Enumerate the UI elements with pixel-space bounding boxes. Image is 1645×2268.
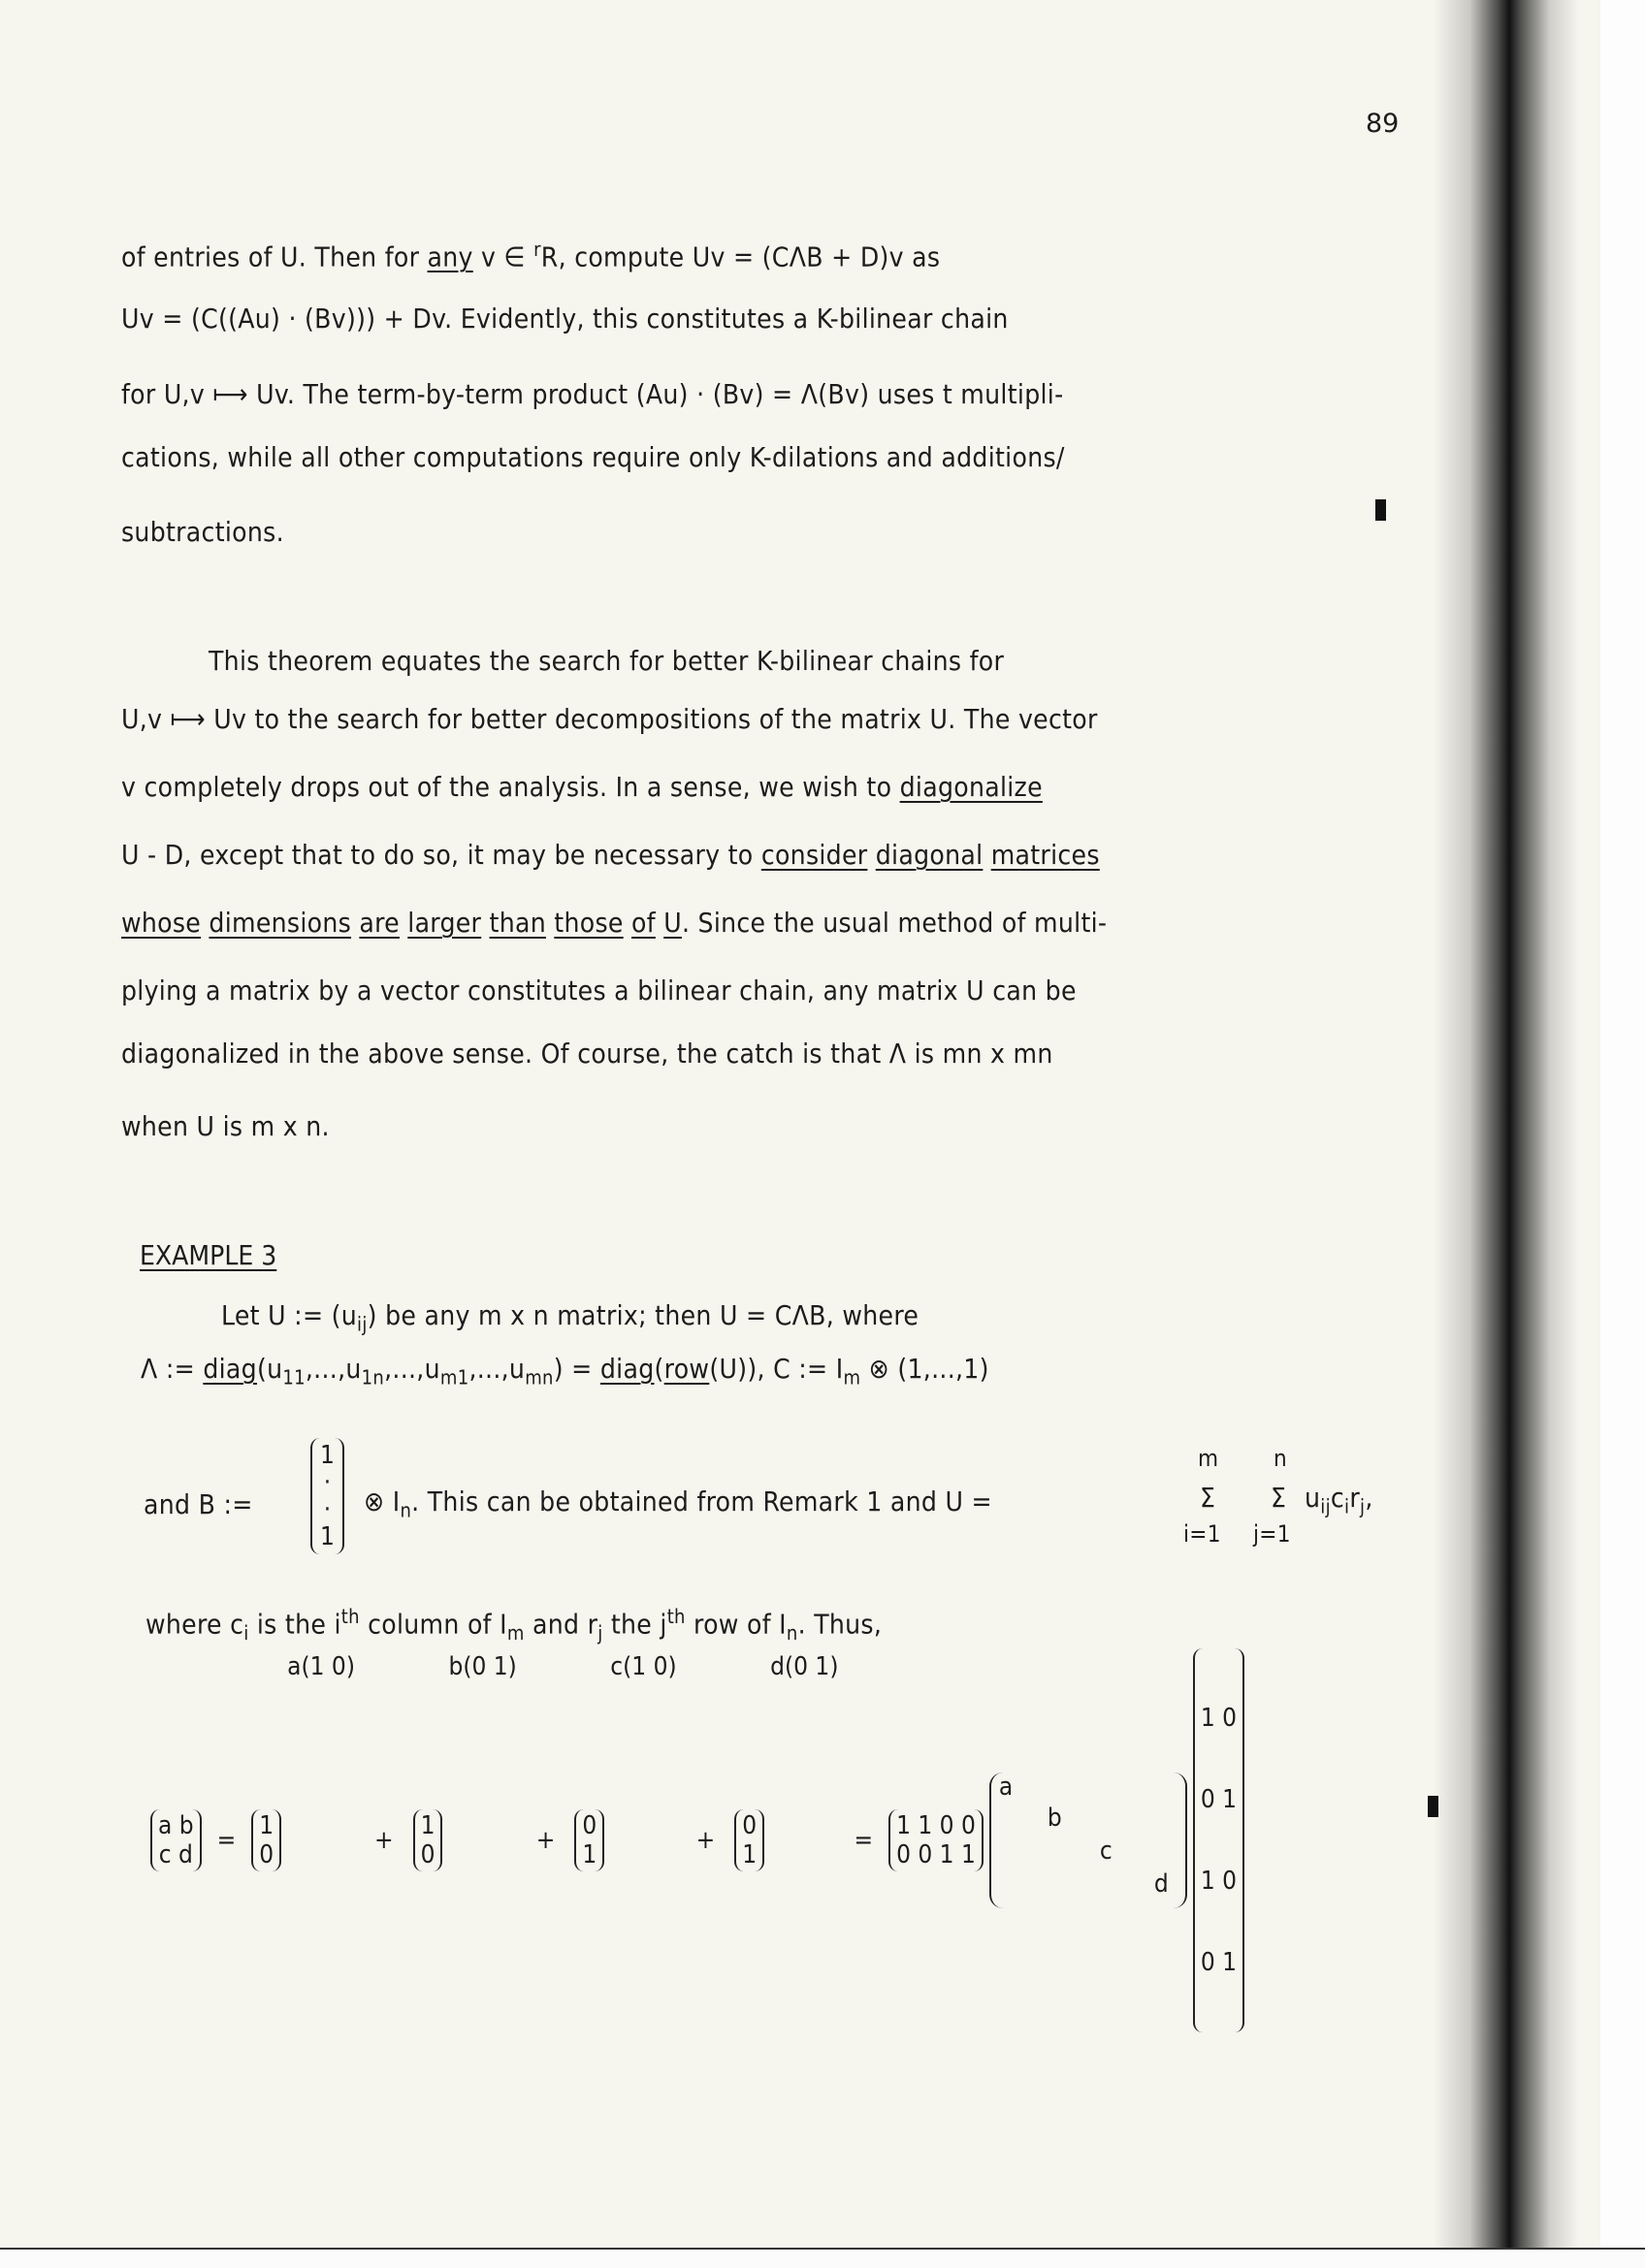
plus-sign: + bbox=[536, 1826, 556, 1855]
row-vector: 0 1 bbox=[471, 1652, 507, 1681]
row-vector: 1 0 bbox=[310, 1652, 346, 1681]
text: . This can be obtained from Remark 1 and… bbox=[411, 1485, 992, 1517]
text: r bbox=[1349, 1482, 1360, 1514]
subscript: m bbox=[844, 1366, 861, 1390]
column-vector: 01 bbox=[734, 1809, 764, 1871]
text: v ∈ bbox=[473, 240, 533, 272]
matrix-row: 1 0 bbox=[1201, 1705, 1237, 1732]
subscript: n bbox=[400, 1499, 411, 1522]
b-definition-text: ⊗ In. This can be obtained from Remark 1… bbox=[364, 1485, 992, 1522]
underlined-word: diagonalize bbox=[900, 771, 1043, 803]
term-3: c(1 0) bbox=[610, 1652, 676, 1681]
text: (u bbox=[257, 1353, 282, 1385]
paragraph-2-line-1: This theorem equates the search for bett… bbox=[209, 645, 1004, 677]
sum-i-lower: i=1 bbox=[1183, 1520, 1221, 1548]
matrix-entry: 1 bbox=[742, 1840, 757, 1869]
column-vector: 10 bbox=[251, 1809, 281, 1871]
term-4: d(0 1) bbox=[770, 1652, 838, 1681]
underlined-word: U bbox=[663, 907, 682, 939]
underlined-word: diagonal bbox=[876, 839, 984, 871]
underlined-word: dimensions bbox=[209, 907, 351, 939]
text: c bbox=[1331, 1482, 1344, 1514]
c-matrix: 1 1 0 00 0 1 1 bbox=[888, 1809, 984, 1871]
scan-margin bbox=[1600, 0, 1645, 2268]
sum-j-upper: n bbox=[1274, 1445, 1287, 1472]
where-line: where ci is the ith column of Im and rj … bbox=[145, 1605, 882, 1645]
text: is the i bbox=[249, 1608, 341, 1640]
text: , bbox=[1365, 1482, 1372, 1514]
sum-i-upper: m bbox=[1198, 1445, 1218, 1472]
b-column-vector: 1 · · 1 bbox=[310, 1438, 344, 1554]
text: and r bbox=[525, 1608, 598, 1640]
matrix-entry: · bbox=[320, 1469, 335, 1496]
matrix-entry: c bbox=[159, 1840, 172, 1869]
text: (U) bbox=[709, 1353, 747, 1385]
paragraph-2-line-6: plying a matrix by a vector constitutes … bbox=[121, 974, 1077, 1006]
matrix-entry: 1 bbox=[421, 1811, 435, 1840]
underlined-word: of bbox=[631, 907, 656, 939]
lambda-diagonal-matrix: a b c d bbox=[989, 1773, 1187, 1908]
matrix: 1 · · 1 bbox=[310, 1438, 344, 1554]
text: of entries of U. Then for bbox=[121, 240, 428, 272]
underlined-word: consider bbox=[761, 839, 868, 871]
column-vector: 10 bbox=[413, 1809, 443, 1871]
text: Λ := bbox=[141, 1353, 203, 1385]
matrix-entry: 0 bbox=[259, 1840, 274, 1869]
underlined-word: larger bbox=[407, 907, 481, 939]
plus-sign: + bbox=[374, 1826, 394, 1855]
matrix-entry: 1 bbox=[582, 1840, 597, 1869]
matrix-entry: d bbox=[1154, 1869, 1169, 1899]
underlined-word: than bbox=[490, 907, 546, 939]
paragraph-2-line-5: whose dimensions are larger than those o… bbox=[121, 907, 1107, 939]
term-2: b(0 1) bbox=[448, 1652, 516, 1681]
paragraph-2-line-8: when U is m x n. bbox=[121, 1110, 330, 1142]
sigma-j: Σ bbox=[1271, 1482, 1286, 1514]
matrix-entry: 0 bbox=[742, 1811, 757, 1840]
subscript: 11 bbox=[282, 1366, 306, 1390]
matrix-row: c d bbox=[158, 1840, 194, 1869]
matrix-entry: 1 bbox=[320, 1442, 335, 1469]
underlined-word: are bbox=[359, 907, 400, 939]
coefficient: d bbox=[770, 1652, 785, 1681]
text: Let U := (u bbox=[221, 1299, 357, 1331]
text: ( bbox=[655, 1353, 664, 1385]
text: row of I bbox=[686, 1608, 787, 1640]
b-matrix: 1 0 0 1 1 0 0 1 bbox=[1193, 1648, 1244, 2032]
matrix-entry: d bbox=[178, 1840, 193, 1869]
underlined-word: any bbox=[428, 240, 473, 272]
matrix-row: 1 0 bbox=[1201, 1868, 1237, 1895]
text: ,...,u bbox=[306, 1353, 362, 1385]
paragraph-1-line-2: Uv = (C((Au) · (Bv))) + Dv. Evidently, t… bbox=[121, 303, 1009, 335]
matrix-row: a b bbox=[158, 1811, 194, 1840]
underlined-word: diag bbox=[600, 1353, 655, 1385]
matrix-row: 0 1 bbox=[1201, 1786, 1237, 1813]
coefficient: c bbox=[610, 1652, 623, 1681]
matrix-entry: a bbox=[999, 1773, 1013, 1802]
text: u bbox=[1305, 1482, 1320, 1514]
matrix-entry: b bbox=[179, 1811, 194, 1840]
underlined-word: matrices bbox=[991, 839, 1100, 871]
superscript: r bbox=[533, 238, 541, 261]
text: ⊗ (1,...,1) bbox=[860, 1353, 988, 1385]
coefficient: a bbox=[287, 1652, 301, 1681]
coefficient: b bbox=[448, 1652, 463, 1681]
subscript: m1 bbox=[440, 1366, 469, 1390]
text: ), C := I bbox=[747, 1353, 843, 1385]
matrix-row: 0 0 1 1 bbox=[896, 1840, 976, 1869]
subscript: 1n bbox=[362, 1366, 384, 1390]
underlined-word: diag bbox=[203, 1353, 257, 1385]
superscript: th bbox=[667, 1605, 686, 1628]
text: the j bbox=[603, 1608, 667, 1640]
underlined-word: row bbox=[664, 1353, 710, 1385]
paragraph-1-line-4: cations, while all other computations re… bbox=[121, 441, 1065, 473]
underlined-word: whose bbox=[121, 907, 201, 939]
page-number: 89 bbox=[1366, 109, 1399, 139]
sum-term: uijcirj, bbox=[1305, 1482, 1373, 1518]
underlined-word: those bbox=[554, 907, 623, 939]
text: column of I bbox=[360, 1608, 507, 1640]
matrix-row: 0 1 bbox=[1201, 1949, 1237, 1976]
text: ,...,u bbox=[468, 1353, 525, 1385]
book-spine-shadow bbox=[1434, 0, 1579, 2268]
equals-sign: = bbox=[217, 1826, 237, 1855]
matrix-entry: a bbox=[158, 1811, 172, 1840]
row-vector: 0 1 bbox=[793, 1652, 829, 1681]
qed-mark bbox=[1375, 499, 1386, 521]
matrix-row: 1 1 0 0 bbox=[896, 1811, 976, 1840]
text: v completely drops out of the analysis. … bbox=[121, 771, 900, 803]
matrix-entry: 0 bbox=[582, 1811, 597, 1840]
matrix-entry: c bbox=[1100, 1837, 1113, 1866]
paragraph-2-line-4: U - D, except that to do so, it may be n… bbox=[121, 839, 1100, 871]
qed-mark bbox=[1428, 1796, 1438, 1817]
text: where c bbox=[145, 1608, 243, 1640]
paragraph-1-line-3: for U,v ⟼ Uv. The term-by-term product (… bbox=[121, 378, 1063, 410]
text: U - D, except that to do so, it may be n… bbox=[121, 839, 761, 871]
equals-sign: = bbox=[854, 1826, 873, 1855]
row-vector: 1 0 bbox=[631, 1652, 667, 1681]
scan-bottom-edge bbox=[0, 2248, 1645, 2268]
paragraph-1-line-1: of entries of U. Then for any v ∈ rR, co… bbox=[121, 238, 940, 272]
b-definition-label: and B := bbox=[144, 1488, 253, 1520]
subscript: mn bbox=[525, 1366, 554, 1390]
matrix-entry: 1 bbox=[259, 1811, 274, 1840]
paragraph-2-line-2: U,v ⟼ Uv to the search for better decomp… bbox=[121, 703, 1098, 735]
sigma-i: Σ bbox=[1200, 1482, 1215, 1514]
lhs-matrix: a b c d bbox=[150, 1809, 202, 1871]
column-vector: 01 bbox=[574, 1809, 604, 1871]
text: ⊗ I bbox=[364, 1485, 400, 1517]
matrix-entry: · bbox=[320, 1496, 335, 1523]
plus-sign: + bbox=[696, 1826, 716, 1855]
subscript: ij bbox=[357, 1313, 368, 1336]
matrix-entry: 0 bbox=[421, 1840, 435, 1869]
text: ) be any m x n matrix; then U = CΛB, whe… bbox=[368, 1299, 919, 1331]
paragraph-2-line-3: v completely drops out of the analysis. … bbox=[121, 771, 1043, 803]
example-line-1: Let U := (uij) be any m x n matrix; then… bbox=[221, 1299, 919, 1336]
paragraph-1-line-5: subtractions. bbox=[121, 516, 284, 548]
sum-j-lower: j=1 bbox=[1253, 1520, 1291, 1548]
decomposition-equation: a b c d = 10 a(1 0) + 10 b(0 1) + 01 c(1… bbox=[150, 1648, 1244, 2032]
subscript: ij bbox=[1320, 1495, 1331, 1518]
subscript: m bbox=[507, 1621, 525, 1645]
text: . Thus, bbox=[798, 1608, 883, 1640]
matrix-entry: b bbox=[1048, 1804, 1062, 1833]
paragraph-2-line-7: diagonalized in the above sense. Of cour… bbox=[121, 1038, 1053, 1070]
lambda-definition: Λ := diag(u11,...,u1n,...,um1,...,umn) =… bbox=[141, 1353, 989, 1390]
text: ) = bbox=[554, 1353, 600, 1385]
subscript: n bbox=[787, 1621, 798, 1645]
text: ,...,u bbox=[384, 1353, 440, 1385]
superscript: th bbox=[341, 1605, 360, 1628]
example-heading: EXAMPLE 3 bbox=[140, 1239, 276, 1271]
matrix-entry: 1 bbox=[320, 1523, 335, 1550]
text: . Since the usual method of multi- bbox=[682, 907, 1107, 939]
term-1: a(1 0) bbox=[287, 1652, 355, 1681]
text: R, compute Uv = (CΛB + D)v as bbox=[541, 240, 941, 272]
